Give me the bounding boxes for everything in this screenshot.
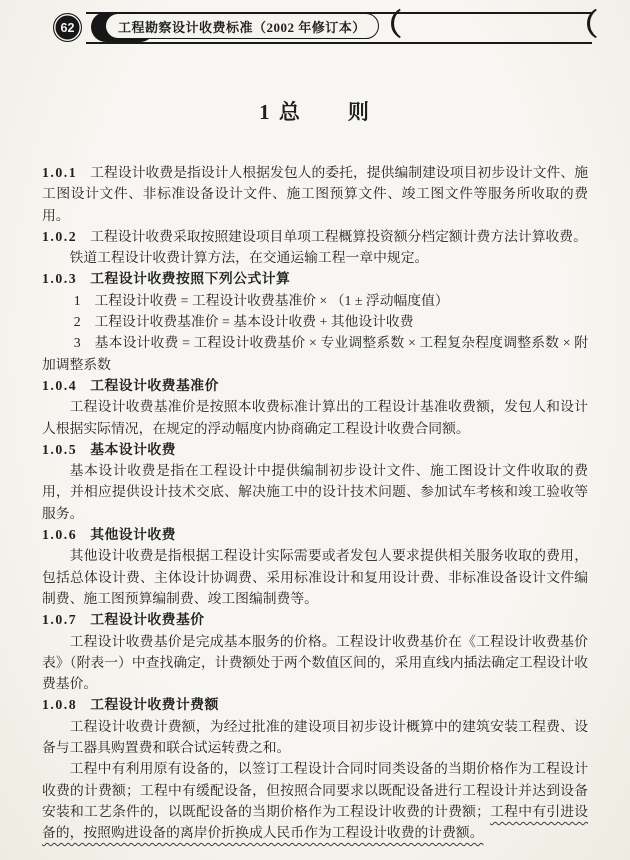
para-1-0-4-body: 工程设计收费基准价是按照本收费标准计算出的工程设计基准收费额，发包人和设计人根据… [42, 396, 588, 439]
section-number: 1.0.7 [42, 612, 77, 627]
section-number: 1.0.6 [42, 527, 77, 542]
section-number: 1.0.4 [42, 378, 77, 393]
section-number: 1.0.3 [42, 271, 77, 286]
page-header: 62 工程勘察设计收费标准（2002 年修订本） （ （ [0, 0, 630, 52]
heading-1-0-4: 1.0.4工程设计收费基准价 [42, 375, 588, 396]
heading-1-0-5: 1.0.5基本设计收费 [42, 439, 588, 460]
section-number: 1.0.5 [42, 442, 77, 457]
heading-1-0-7: 1.0.7工程设计收费基价 [42, 609, 588, 630]
formula-2: 2工程设计收费基准价 = 基本设计收费 + 其他设计收费 [42, 311, 588, 332]
section-number: 1.0.8 [42, 697, 77, 712]
heading-text: 基本设计收费 [90, 442, 176, 457]
para-1-0-5-body: 基本设计收费是指在工程设计中提供编制初步设计文件、施工图设计文件收取的费用，并相… [42, 460, 588, 524]
heading-text: 工程设计收费基价 [90, 612, 204, 627]
heading-text: 工程设计收费按照下列公式计算 [90, 271, 290, 286]
heading-text: 工程设计收费基准价 [90, 378, 219, 393]
para-1-0-8-body: 工程设计收费计费额，为经过批准的建设项目初步设计概算中的建筑安装工程费、设备与工… [42, 716, 588, 759]
book-title-banner: 工程勘察设计收费标准（2002 年修订本） [105, 13, 379, 39]
formula-number: 1 [74, 293, 81, 308]
document-page: 1 总 则 1.0.1工程设计收费是指设计人根据发包人的委托，提供编制建设项目初… [42, 52, 588, 844]
para-1-0-8-body2: 工程中有利用原有设备的，以签订工程设计合同时同类设备的当期价格作为工程设计收费的… [42, 758, 588, 843]
para-1-0-2-note: 铁道工程设计收费计算方法，在交通运输工程一章中规定。 [42, 247, 588, 268]
formula-text: 工程设计收费基准价 = 基本设计收费 + 其他设计收费 [94, 314, 413, 329]
chapter-title: 1 总 则 [42, 98, 588, 126]
heading-text: 其他设计收费 [90, 527, 176, 542]
banner-end-bracket-icon: （ [568, 11, 598, 41]
formula-3: 3基本设计收费 = 工程设计收费基价 × 专业调整系数 × 工程复杂程度调整系数… [42, 332, 588, 375]
para-1-0-2: 1.0.2工程设计收费采取按照建设项目单项工程概算投资额分档定额计费方法计算收费… [42, 226, 588, 247]
formula-1: 1工程设计收费 = 工程设计收费基准价 × （1 ± 浮动幅度值） [42, 290, 588, 311]
formula-number: 3 [74, 335, 81, 350]
heading-1-0-6: 1.0.6其他设计收费 [42, 524, 588, 545]
section-text: 工程设计收费是指设计人根据发包人的委托，提供编制建设项目初步设计文件、施工图设计… [42, 165, 588, 223]
heading-1-0-8: 1.0.8工程设计收费计费额 [42, 694, 588, 715]
para-1-0-1: 1.0.1工程设计收费是指设计人根据发包人的委托，提供编制建设项目初步设计文件、… [42, 162, 588, 226]
section-text: 工程设计收费采取按照建设项目单项工程概算投资额分档定额计费方法计算收费。 [90, 229, 587, 244]
formula-text: 基本设计收费 = 工程设计收费基价 × 专业调整系数 × 工程复杂程度调整系数 … [42, 335, 588, 371]
formula-text: 工程设计收费 = 工程设计收费基准价 × （1 ± 浮动幅度值） [94, 293, 448, 308]
section-number: 1.0.2 [42, 229, 77, 244]
section-number: 1.0.1 [42, 165, 77, 180]
heading-text: 工程设计收费计费额 [90, 697, 219, 712]
page-number-badge: 62 [53, 13, 82, 42]
para-1-0-7-body: 工程设计收费基价是完成基本服务的价格。工程设计收费基价在《工程设计收费基价表》（… [42, 631, 588, 695]
para-1-0-6-body: 其他设计收费是指根据工程设计实际需要或者发包人要求提供相关服务收取的费用，包括总… [42, 545, 588, 609]
formula-number: 2 [74, 314, 81, 329]
heading-1-0-3: 1.0.3工程设计收费按照下列公式计算 [42, 268, 588, 289]
banner-bracket-icon: （ [372, 11, 402, 41]
